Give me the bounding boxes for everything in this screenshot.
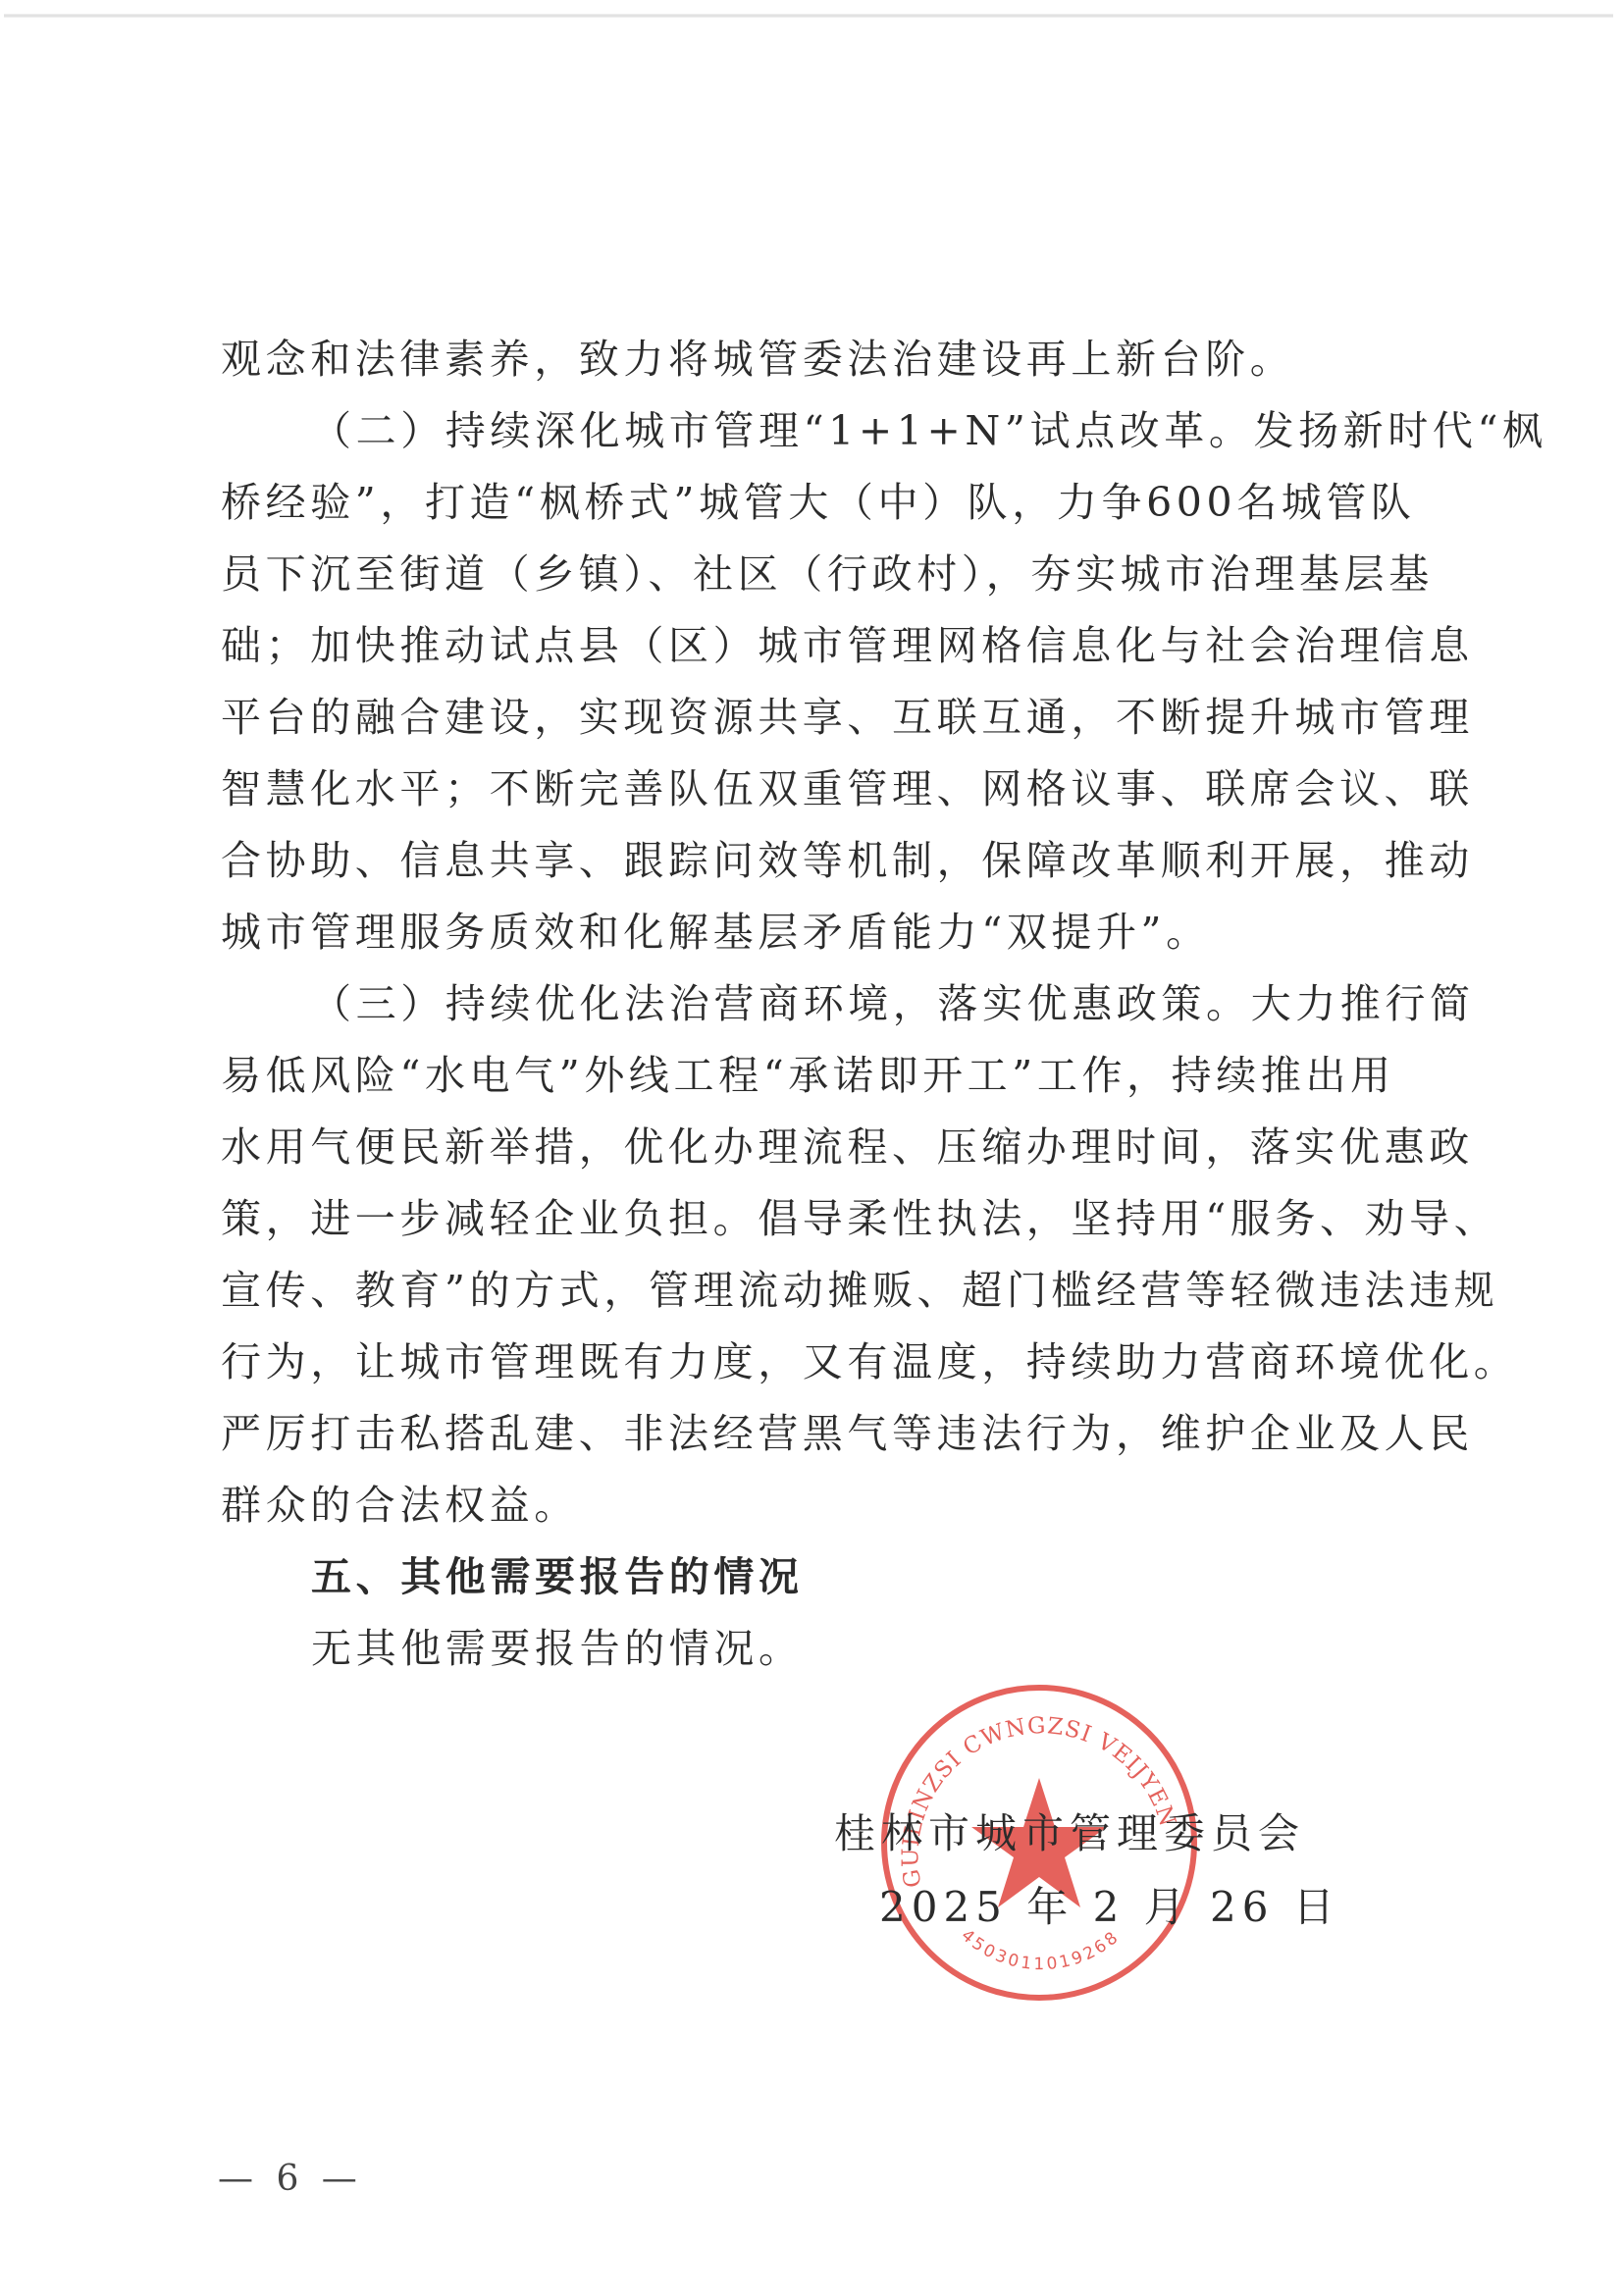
signature-organization: 桂林市城市管理委员会 (834, 1798, 1305, 1870)
page-number: — 6 — (218, 2159, 363, 2199)
paragraph-business-environment: （三）持续优化法治营商环境，落实优惠政策。大力推行简 易低风险“水电气”外线工程… (221, 968, 1462, 1541)
section-body: 无其他需要报告的情况。 (221, 1613, 1462, 1685)
paragraph-pilot-reform: （二）持续深化城市管理“1+1+N”试点改革。发扬新时代“枫 桥经验”，打造“枫… (221, 395, 1462, 968)
text-line: 水用气便民新举措，优化办理流程、压缩办理时间，落实优惠政 (221, 1112, 1462, 1183)
text-line: 易低风险“水电气”外线工程“承诺即开工”工作，持续推出用 (221, 1040, 1462, 1112)
paragraph: 观念和法律素养，致力将城管委法治建设再上新台阶。 (221, 324, 1462, 395)
text-line: 行为，让城市管理既有力度，又有温度，持续助力营商环境优化。 (221, 1327, 1462, 1398)
text-line: 策，进一步减轻企业负担。倡导柔性执法，坚持用“服务、劝导、 (221, 1183, 1462, 1255)
text-line: 合协助、信息共享、跟踪问效等机制，保障改革顺利开展，推动 (221, 825, 1462, 897)
scan-edge (4, 14, 1613, 18)
text-line: 员下沉至街道（乡镇）、社区（行政村），夯实城市治理基层基 (221, 539, 1462, 610)
text-line: 城市管理服务质效和化解基层矛盾能力“双提升”。 (221, 897, 1462, 968)
text-line: 严厉打击私搭乱建、非法经营黑气等违法行为，维护企业及人民 (221, 1398, 1462, 1470)
text-line: 宣传、教育”的方式，管理流动摊贩、超门槛经营等轻微违法违规 (221, 1255, 1462, 1327)
text-line: （二）持续深化城市管理“1+1+N”试点改革。发扬新时代“枫 (221, 395, 1462, 467)
text-line: 础；加快推动试点县（区）城市管理网格信息化与社会治理信息 (221, 610, 1462, 682)
document-body: 观念和法律素养，致力将城管委法治建设再上新台阶。 （二）持续深化城市管理“1+1… (221, 324, 1462, 1685)
text-line: 群众的合法权益。 (221, 1470, 1462, 1541)
text-line: 智慧化水平；不断完善队伍双重管理、网格议事、联席会议、联 (221, 754, 1462, 825)
text-line: 桥经验”，打造“枫桥式”城管大（中）队，力争600名城管队 (221, 467, 1462, 539)
text-line: 平台的融合建设，实现资源共享、互联互通，不断提升城市管理 (221, 682, 1462, 754)
section-heading: 五、其他需要报告的情况 (221, 1541, 1462, 1613)
signature-date: 2025 年 2 月 26 日 (879, 1871, 1340, 1944)
text-line: 观念和法律素养，致力将城管委法治建设再上新台阶。 (221, 324, 1462, 395)
text-line: （三）持续优化法治营商环境，落实优惠政策。大力推行简 (221, 968, 1462, 1040)
